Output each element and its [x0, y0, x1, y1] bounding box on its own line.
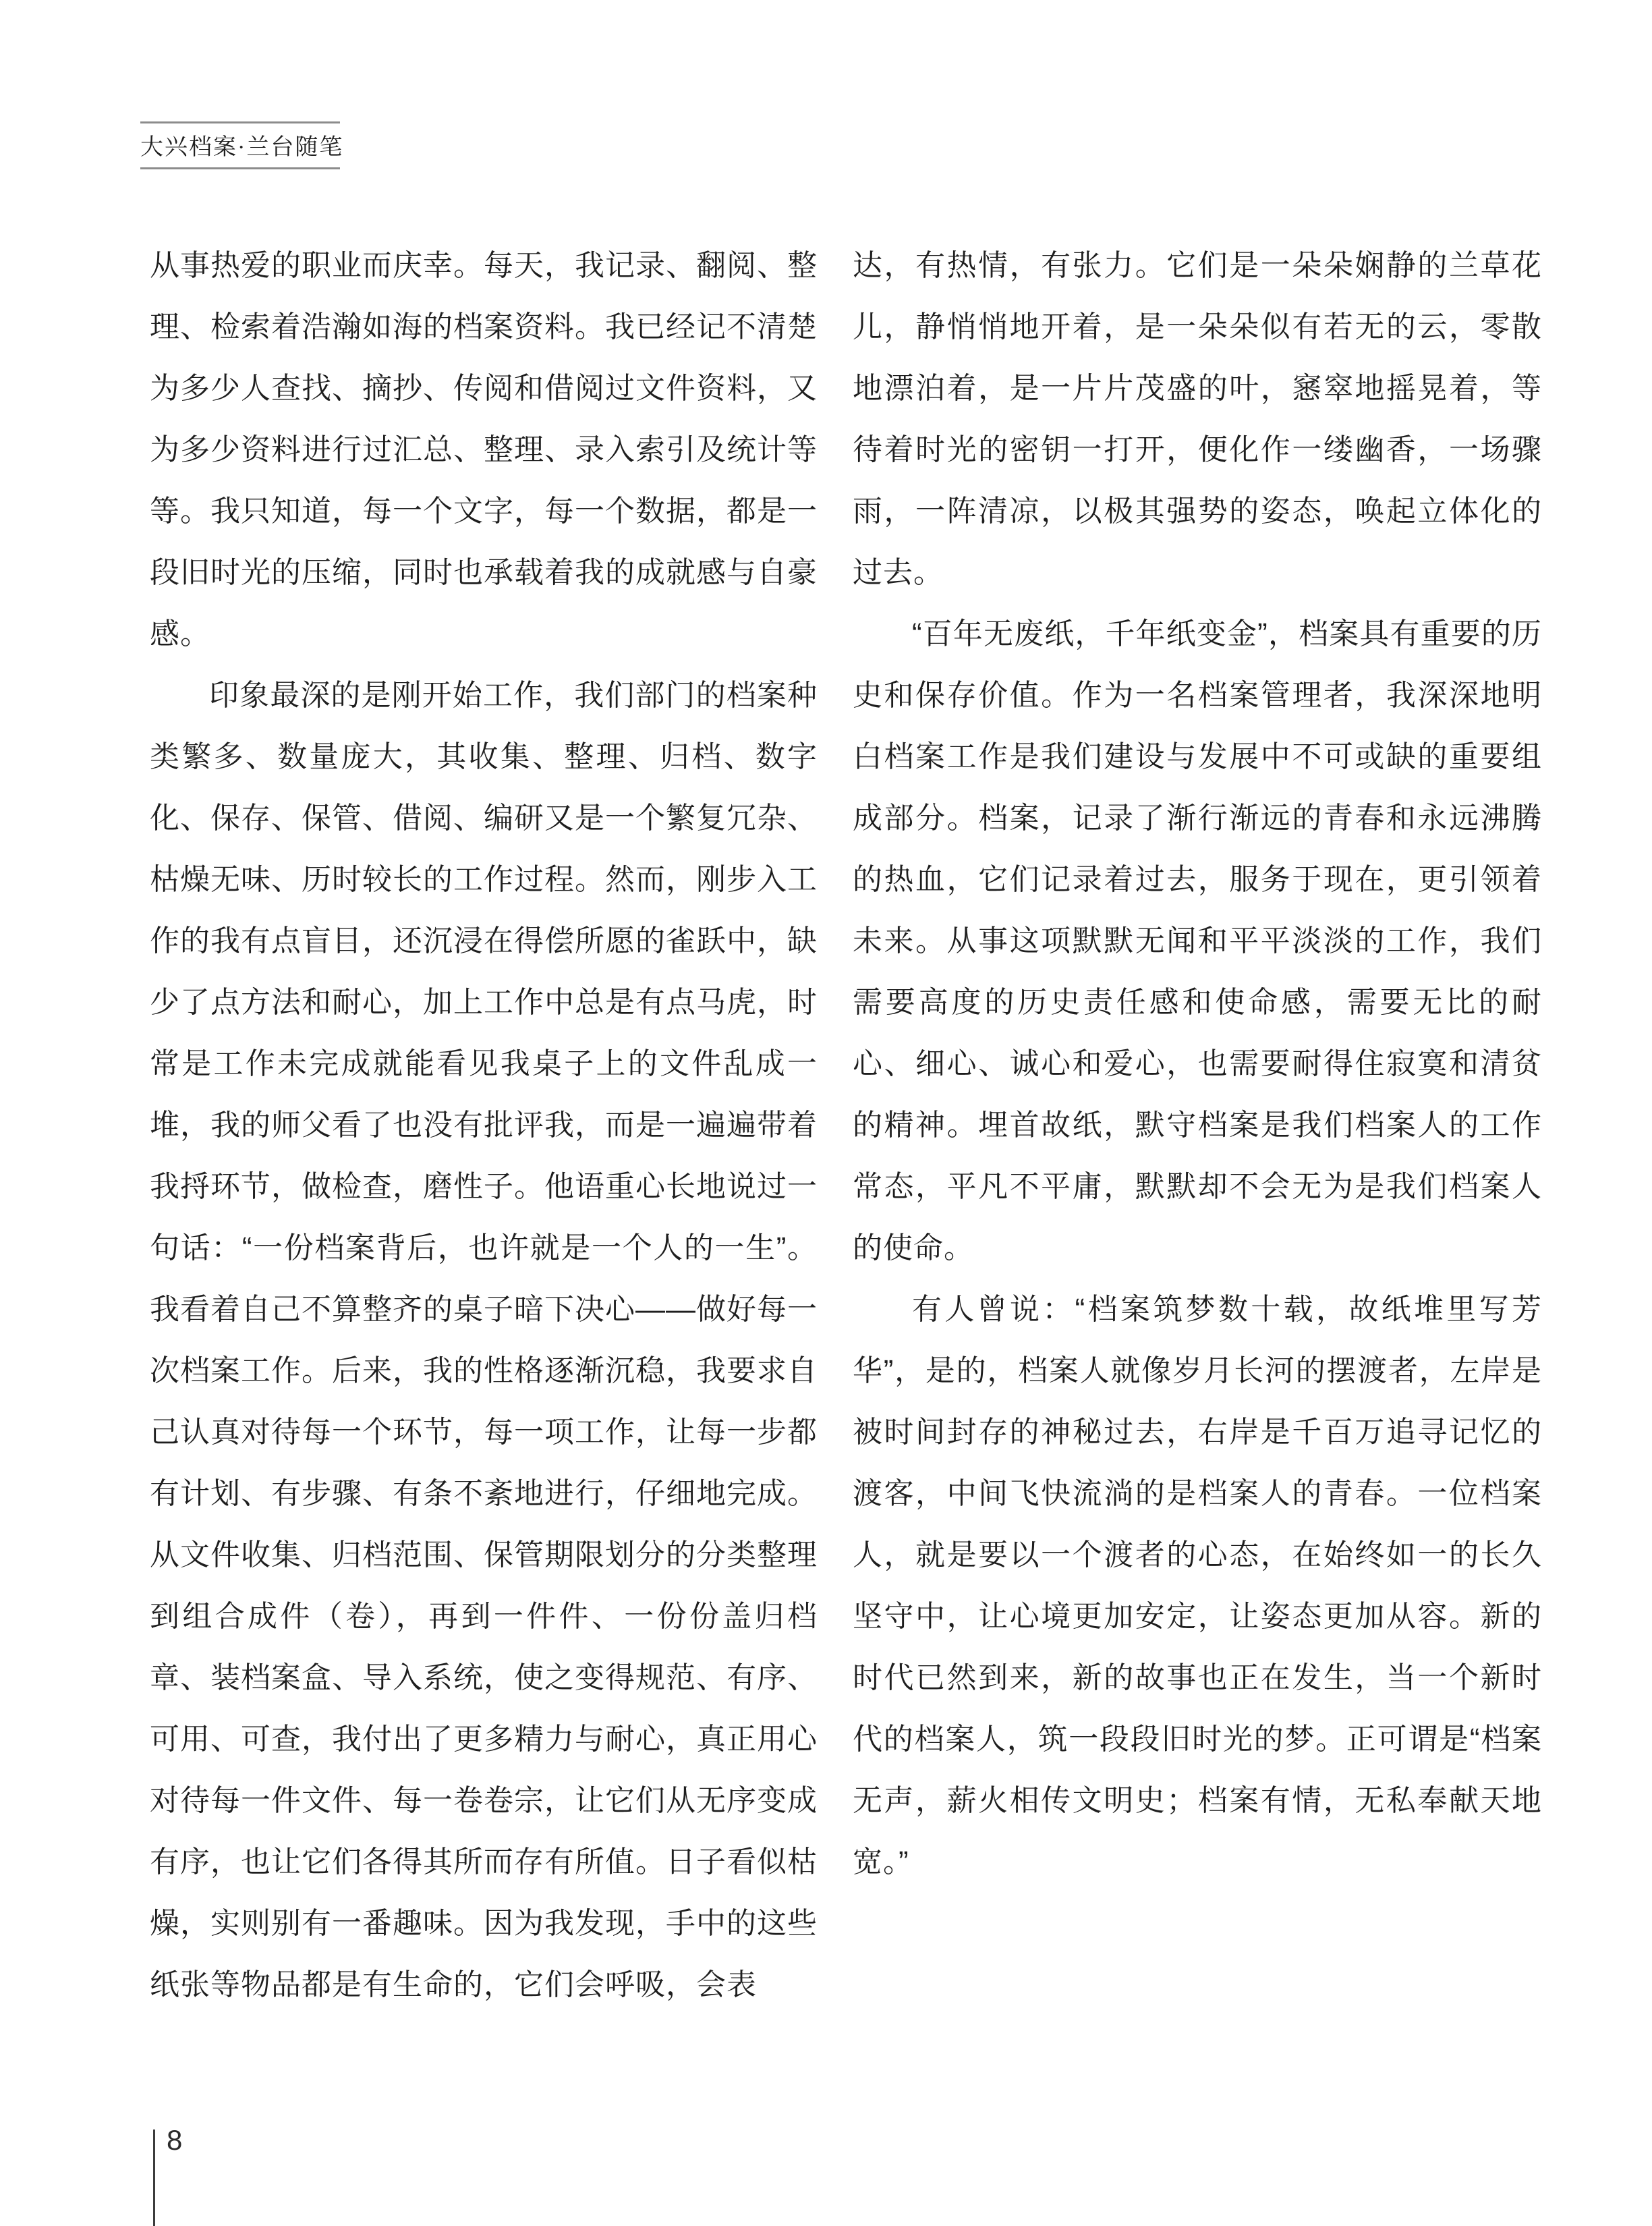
- section-header-label: 大兴档案·兰台随笔: [140, 135, 343, 160]
- paragraph: 有人曾说：“档案筑梦数十载，故纸堆里写芳华”，是的，档案人就像岁月长河的摆渡者，…: [853, 1279, 1542, 1893]
- paragraph: 从事热爱的职业而庆幸。每天，我记录、翻阅、整理、检索着浩瀚如海的档案资料。我已经…: [150, 235, 818, 665]
- paragraph: 印象最深的是刚开始工作，我们部门的档案种类繁多、数量庞大，其收集、整理、归档、数…: [150, 665, 818, 2015]
- paragraph: “百年无废纸，千年纸变金”，档案具有重要的历史和保存价值。作为一名档案管理者，我…: [853, 603, 1542, 1279]
- right-text-column: 达，有热情，有张力。它们是一朵朵娴静的兰草花儿，静悄悄地开着，是一朵朵似有若无的…: [853, 235, 1542, 1893]
- paragraph: 达，有热情，有张力。它们是一朵朵娴静的兰草花儿，静悄悄地开着，是一朵朵似有若无的…: [853, 235, 1542, 603]
- section-header: 大兴档案·兰台随笔: [140, 121, 340, 169]
- document-page: 大兴档案·兰台随笔 从事热爱的职业而庆幸。每天，我记录、翻阅、整理、检索着浩瀚如…: [0, 0, 1652, 2226]
- page-number-rule: [153, 2130, 155, 2226]
- page-number: 8: [167, 2124, 182, 2157]
- left-text-column: 从事热爱的职业而庆幸。每天，我记录、翻阅、整理、检索着浩瀚如海的档案资料。我已经…: [150, 235, 818, 2015]
